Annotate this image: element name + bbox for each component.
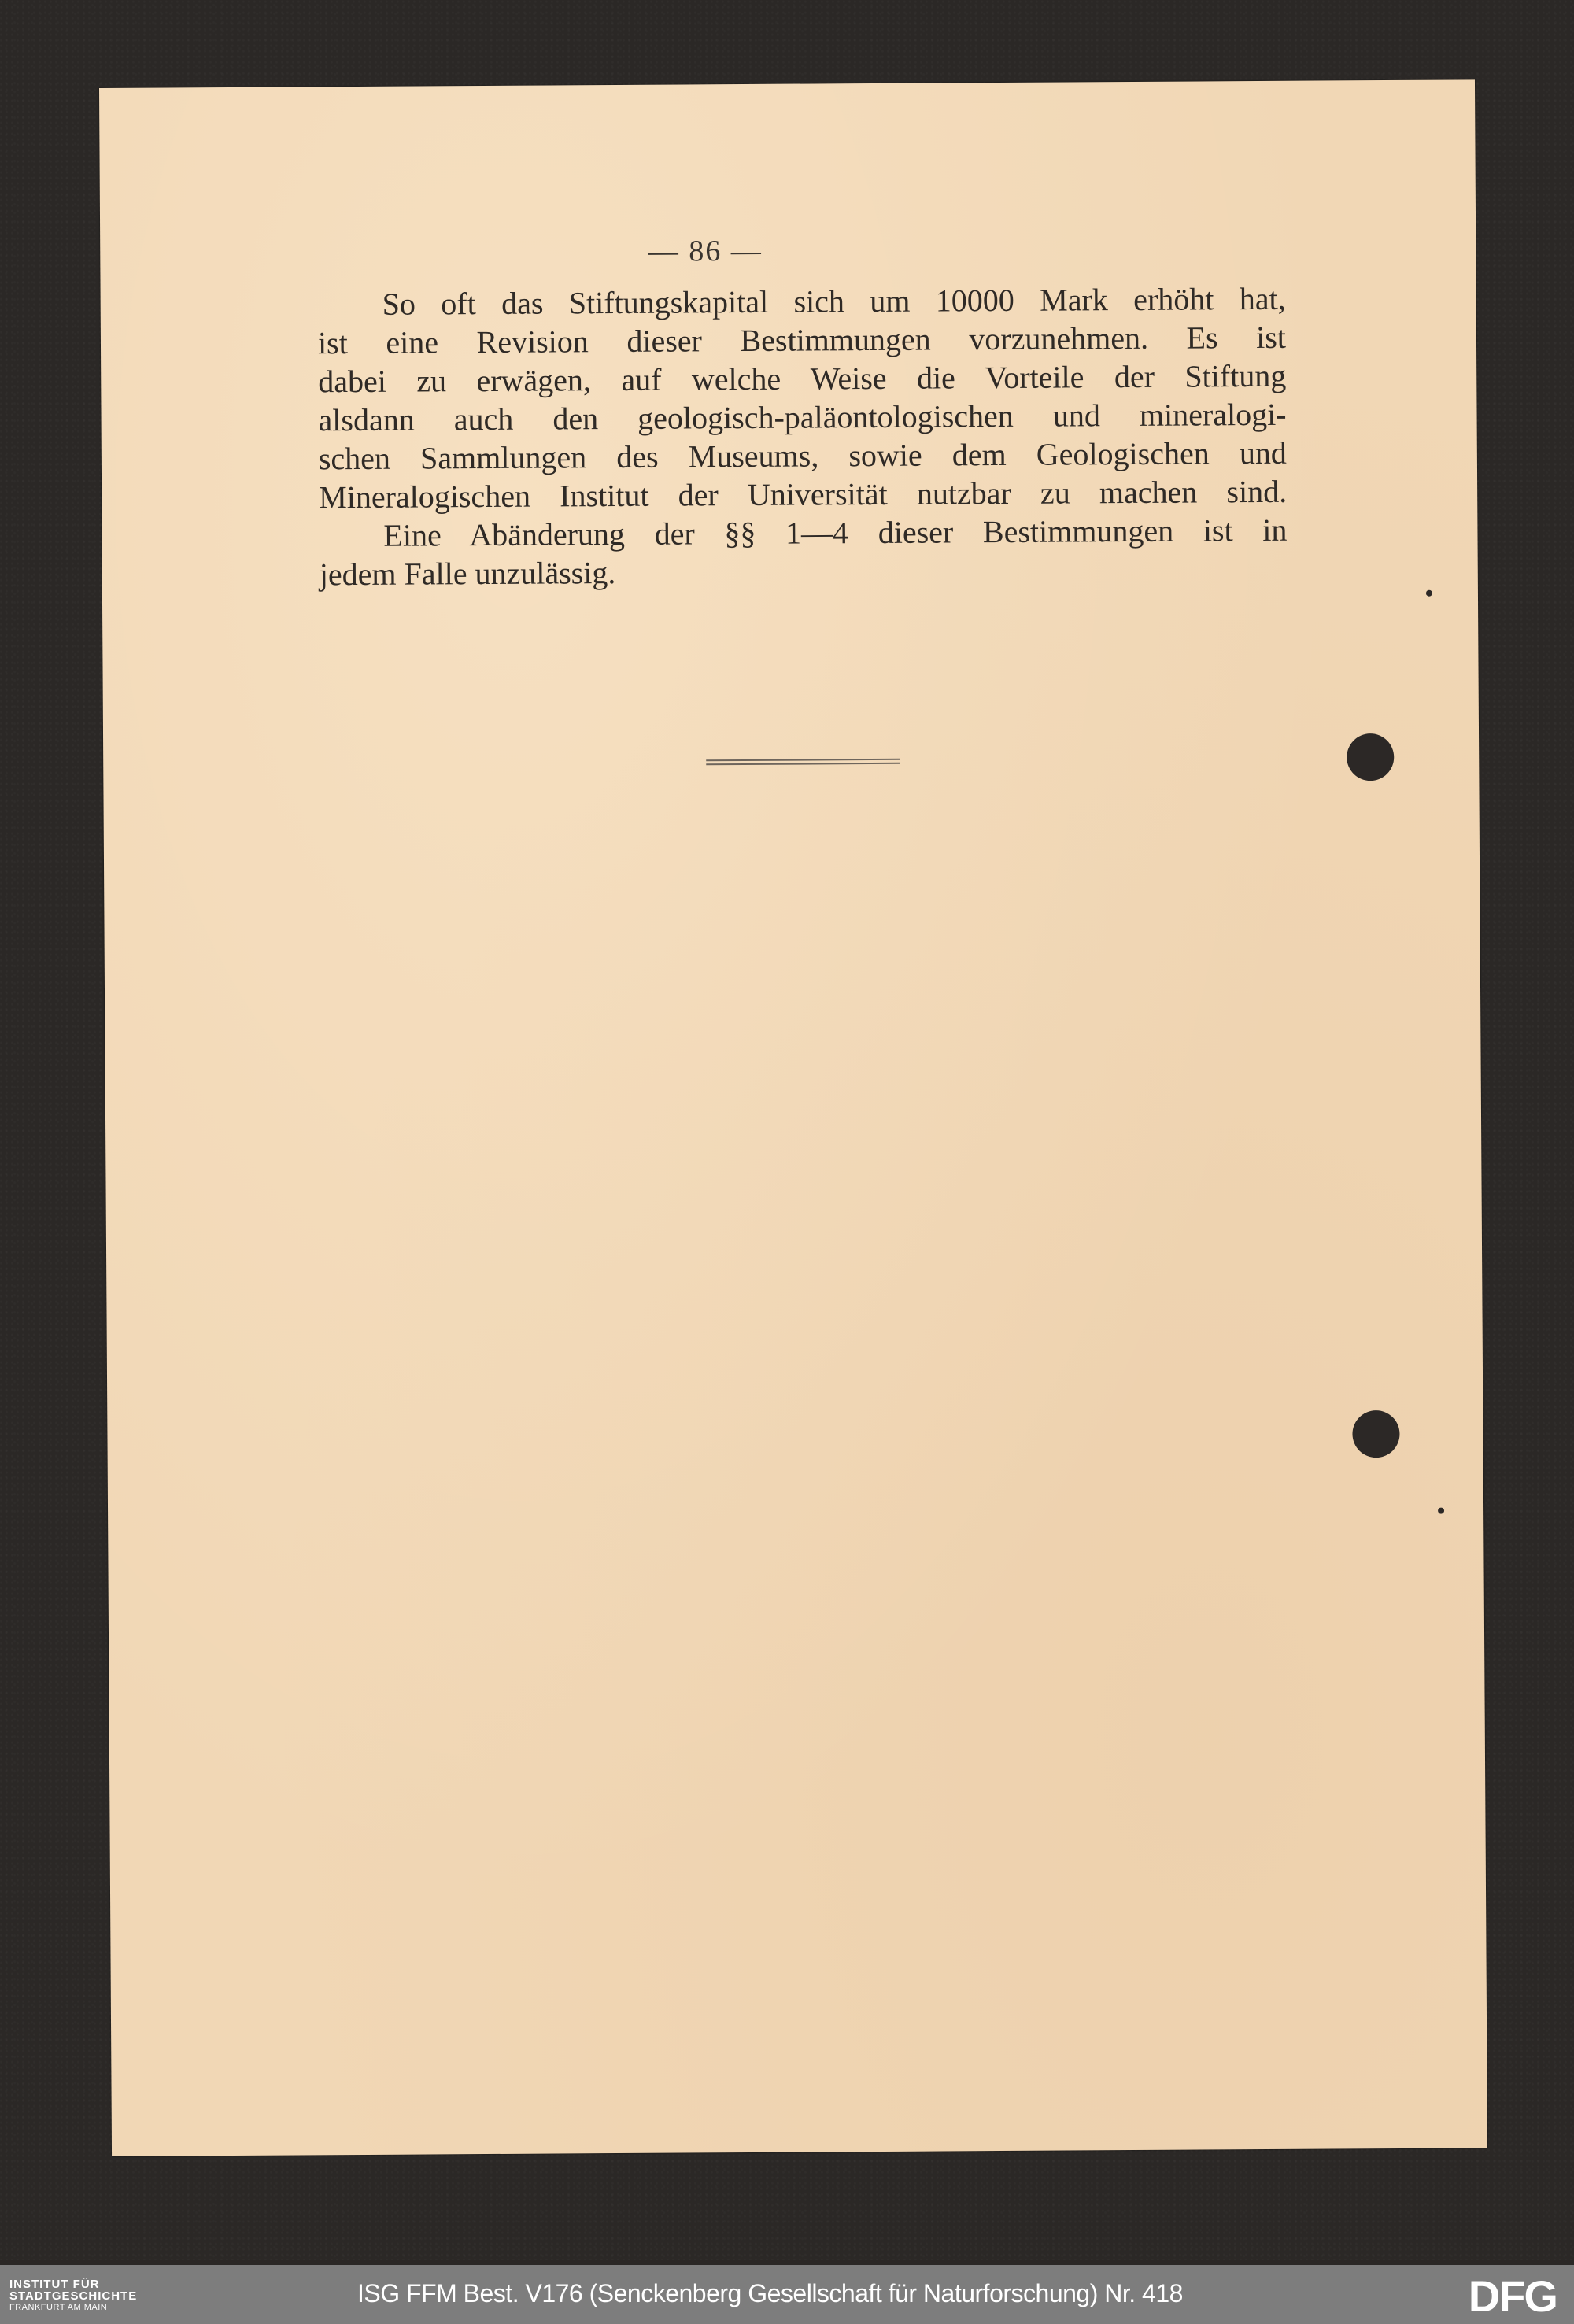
institute-city: FRANKFURT AM MAIN [9, 2304, 137, 2312]
body-text: So oft das Stiftungskapital sich um 1000… [318, 279, 1288, 594]
ink-speck [1438, 1508, 1444, 1514]
institute-logo: INSTITUT FÜR STADTGESCHICHTE FRANKFURT A… [9, 2278, 137, 2312]
institute-name-line2: STADTGESCHICHTE [9, 2290, 137, 2302]
document-page: — 86 — So oft das Stiftungskapital sich … [99, 79, 1487, 2156]
text-line: Mineralogischen Institut der Universität… [319, 472, 1287, 517]
text-line: ist eine Revision dieser Bestimmungen vo… [318, 318, 1286, 363]
text-line: Eine Abänderung der §§ 1—4 dieser Bestim… [319, 511, 1287, 556]
ink-speck [1426, 590, 1432, 597]
archive-footer-bar: INSTITUT FÜR STADTGESCHICHTE FRANKFURT A… [0, 2265, 1574, 2324]
punch-hole-icon [1352, 1410, 1399, 1458]
text-line: dabei zu erwägen, auf welche Weise die V… [318, 357, 1286, 401]
dfg-logo-icon: DFG [1469, 2274, 1557, 2318]
text-line: jedem Falle unzulässig. [320, 549, 1288, 594]
punch-hole-icon [1347, 733, 1394, 781]
institute-name-line1: INSTITUT FÜR [9, 2278, 137, 2290]
paragraph-2: Eine Abänderung der §§ 1—4 dieser Bestim… [319, 511, 1288, 594]
archive-caption: ISG FFM Best. V176 (Senckenberg Gesellsc… [357, 2279, 1183, 2308]
text-line: alsdann auch den geologisch-paläontologi… [318, 395, 1286, 440]
double-rule-divider [706, 759, 900, 766]
paragraph-1: So oft das Stiftungskapital sich um 1000… [318, 279, 1288, 517]
text-line: schen Sammlungen des Museums, sowie dem … [319, 434, 1287, 478]
text-line: So oft das Stiftungskapital sich um 1000… [318, 279, 1286, 324]
page-number: — 86 — [17, 230, 1393, 273]
